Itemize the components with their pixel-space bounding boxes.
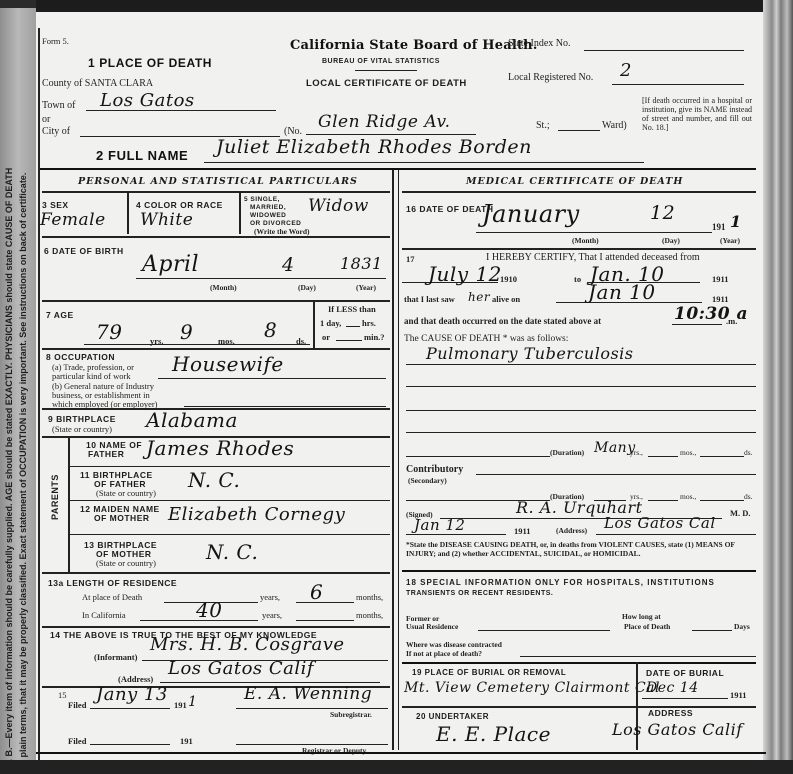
less-than-hrs: hrs. — [362, 318, 376, 328]
how-long-label-2: Place of Death — [624, 622, 670, 631]
pronoun-value: her — [468, 290, 490, 304]
parents-divider — [68, 436, 70, 540]
attended-from-value: July 12 — [428, 262, 502, 286]
row-rule-occupation — [42, 348, 390, 350]
father-label-2: FATHER — [88, 449, 124, 459]
filed-date-field[interactable] — [90, 708, 170, 709]
book-page-edges — [763, 0, 793, 774]
filed-year-prefix: 191 — [174, 700, 187, 710]
less-than-or: or — [322, 332, 330, 342]
dob-day-caption: (Day) — [298, 283, 316, 292]
dob-field[interactable] — [136, 278, 386, 279]
filed-2-year: 191 — [180, 736, 193, 746]
contrib-duration-days-field[interactable] — [700, 500, 744, 501]
signature-address-field[interactable] — [596, 534, 756, 535]
hospital-note: [If death occurred in a hospital or inst… — [642, 96, 752, 132]
informant-address-field[interactable] — [160, 682, 380, 683]
ward-field[interactable] — [558, 130, 600, 131]
filed-2-label: Filed — [68, 736, 86, 746]
cause-footnote: *State the DISEASE CAUSING DEATH, or, in… — [406, 540, 756, 558]
marital-label-2: MARRIED, — [250, 204, 286, 211]
ward-label: Ward) — [602, 120, 627, 131]
filed-label: Filed — [68, 700, 86, 710]
duration-label: (Duration) — [550, 448, 584, 457]
row-rule-mother-bp — [70, 534, 390, 535]
scan-top-edge — [36, 0, 766, 12]
duration-months-field[interactable] — [648, 456, 678, 457]
attended-to-year: 1911 — [712, 274, 729, 284]
age-months: 9 — [180, 320, 193, 344]
marital-label-4: OR DIVORCED — [250, 220, 301, 227]
undertaker-label: 20 UNDERTAKER — [416, 712, 489, 721]
age-years: 79 — [96, 320, 122, 344]
row-rule-mother — [70, 500, 390, 501]
row-rule-residence — [42, 572, 390, 574]
contributory-label: Contributory — [406, 464, 463, 475]
local-registered-field[interactable] — [612, 84, 744, 85]
death-occurred-text: and that death occurred on the date stat… — [404, 316, 601, 326]
residence-place-years-caption: years, — [260, 592, 280, 602]
undertaker-address-label: ADDRESS — [648, 708, 693, 718]
last-saw-text: that I last saw — [404, 294, 455, 304]
row-rule-undertaker — [402, 706, 756, 708]
how-long-label-1: How long at — [622, 612, 661, 621]
center-divider — [392, 170, 394, 750]
age-less-divider — [313, 302, 315, 348]
former-residence-label-2: Usual Residence — [406, 622, 458, 631]
residence-ca-months-caption: months, — [356, 610, 383, 620]
local-registered-label: Local Registered No. — [508, 72, 593, 83]
burial-date-label: DATE OF BURIAL — [646, 668, 724, 678]
row-rule-age — [42, 300, 390, 302]
or-label: or — [42, 114, 50, 125]
date-of-death-day: 12 — [650, 202, 675, 224]
subregistrar-value: E. A. Wenning — [244, 684, 372, 704]
less-than-min-field[interactable] — [336, 340, 362, 341]
full-name-field[interactable] — [204, 162, 644, 163]
medical-heading-rule — [402, 191, 756, 193]
color-race-value: White — [140, 210, 193, 230]
town-value: Los Gatos — [100, 90, 195, 111]
disease-contracted-label-2: If not at place of death? — [406, 649, 482, 658]
father-birthplace-value: N. C. — [188, 468, 240, 492]
mother-bp-label-3: (State or country) — [96, 558, 156, 568]
age-label: 7 AGE — [46, 310, 74, 320]
occupation-label: 8 OCCUPATION — [46, 352, 115, 362]
instruction-margin: N. B.—Every item of information should b… — [0, 8, 36, 760]
age-field[interactable] — [84, 344, 310, 345]
medical-certificate-heading: MEDICAL CERTIFICATE OF DEATH — [466, 176, 683, 187]
date-of-death-month: January — [482, 200, 580, 228]
marital-label-1: 5 SINGLE, — [244, 196, 280, 204]
father-bp-label-3: (State or country) — [96, 488, 156, 498]
filed-year-suffix: 1 — [188, 694, 197, 710]
residence-ca-months-field[interactable] — [296, 620, 354, 621]
dob-month-caption: (Month) — [210, 283, 237, 292]
row-rule-father-bp — [70, 466, 390, 467]
undertaker-value: E. E. Place — [436, 722, 551, 746]
dod-month-caption: (Month) — [572, 236, 599, 245]
disease-contracted-label-1: Where was disease contracted — [406, 640, 502, 649]
state-index-field[interactable] — [584, 50, 744, 51]
cause-line-3[interactable] — [406, 410, 756, 411]
residence-place-label: At place of Death — [82, 592, 142, 602]
occupation-a-field[interactable] — [158, 378, 386, 379]
contributory-field[interactable] — [476, 474, 756, 475]
duration-mos-caption: mos., — [680, 448, 696, 457]
title-rule — [355, 70, 417, 71]
row-rule-dob — [42, 236, 390, 238]
signature-address-label: (Address) — [556, 526, 587, 535]
cause-line-2[interactable] — [406, 386, 756, 387]
city-label: City of — [42, 126, 70, 137]
mother-birthplace-value: N. C. — [206, 540, 258, 564]
personal-heading-rule — [42, 191, 390, 193]
date-of-death-field[interactable] — [476, 232, 712, 233]
dob-day: 4 — [282, 254, 295, 276]
time-of-death-field[interactable] — [672, 324, 722, 325]
form-bottom-border — [36, 752, 766, 754]
less-than-label: If LESS than — [328, 304, 376, 314]
age-days: 8 — [264, 318, 277, 342]
birthplace-value: Alabama — [146, 408, 238, 432]
informant-address-value: Los Gatos Calif — [168, 658, 314, 679]
mother-label-2: OF MOTHER — [94, 513, 150, 523]
form-number: Form 5. — [42, 36, 69, 46]
md-label: M. D. — [730, 508, 751, 518]
sex-value: Female — [40, 210, 106, 230]
town-label: Town of — [42, 100, 75, 111]
burial-place-label: 19 PLACE OF BURIAL OR REMOVAL — [412, 668, 566, 677]
duration-yrs-caption: yrs., — [630, 448, 643, 457]
cause-line-1[interactable] — [406, 364, 756, 365]
marital-label-5: (Write the Word) — [254, 227, 310, 236]
form-left-border — [38, 28, 40, 762]
burial-date-field[interactable] — [642, 698, 728, 699]
signed-date-value: Jan 12 — [414, 516, 465, 534]
residence-ca-label: In California — [82, 610, 126, 620]
certify-item-number: 17 — [406, 254, 415, 264]
alive-on-text: alive on — [492, 294, 520, 304]
age-yrs-caption: yrs. — [150, 336, 163, 346]
place-of-death-heading: 1 PLACE OF DEATH — [88, 56, 212, 70]
date-of-death-year-suffix: 1 — [730, 212, 742, 231]
sex-color-divider — [127, 192, 129, 234]
cause-duration-lead — [406, 456, 550, 457]
filed-item-number: 15 — [58, 690, 67, 700]
residence-ca-years: 40 — [196, 598, 222, 622]
scanned-document: N. B.—Every item of information should b… — [0, 0, 793, 774]
sex-label: 3 SEX — [42, 200, 69, 210]
contrib-duration-months-field[interactable] — [648, 500, 678, 501]
street-value: Glen Ridge Av. — [318, 112, 450, 132]
local-registered-value: 2 — [620, 60, 632, 81]
disease-contracted-field[interactable] — [520, 656, 756, 657]
mother-maiden-name-value: Elizabeth Cornegy — [168, 504, 345, 525]
cause-of-death-value: Pulmonary Tuberculosis — [426, 344, 634, 363]
residence-place-months-caption: months, — [356, 592, 383, 602]
dod-year-caption: (Year) — [720, 236, 740, 245]
row-rule-burial — [402, 662, 756, 664]
attended-from-year: 1910 — [500, 274, 517, 284]
parents-label: PARENTS — [50, 474, 60, 520]
cause-line-4[interactable] — [406, 432, 756, 433]
undertaker-address-value: Los Gatos Calif — [612, 720, 743, 739]
full-name-value: Juliet Elizabeth Rhodes Borden — [216, 136, 532, 158]
subregistrar-field[interactable] — [236, 708, 388, 709]
last-saw-year: 1911 — [712, 294, 729, 304]
row-rule-special — [402, 570, 756, 572]
birthplace-sub-label: (State or country) — [52, 424, 112, 434]
duration-ds-caption: ds. — [744, 448, 753, 457]
special-info-label: 18 SPECIAL INFORMATION ONLY FOR HOSPITAL… — [406, 578, 715, 587]
residence-place-months: 6 — [310, 580, 323, 604]
residence-ca-years-caption: years, — [262, 610, 282, 620]
registrar-field[interactable] — [236, 744, 388, 745]
certificate-title: LOCAL CERTIFICATE OF DEATH — [306, 78, 467, 89]
informant-label: (Informant) — [94, 652, 137, 662]
secondary-label: (Secondary) — [408, 476, 447, 485]
former-residence-field[interactable] — [478, 630, 610, 631]
row-rule-certify — [402, 248, 756, 250]
burial-date-value: Dec 14 — [646, 680, 699, 696]
birthplace-label: 9 BIRTHPLACE — [48, 414, 116, 424]
days-label: Days — [734, 622, 750, 631]
duration-days-field[interactable] — [700, 456, 744, 457]
board-title: California State Board of Health. — [290, 38, 538, 53]
dod-day-caption: (Day) — [662, 236, 680, 245]
occupation-value: Housewife — [172, 352, 284, 376]
how-long-field[interactable] — [692, 630, 732, 631]
burial-year: 1911 — [730, 690, 747, 700]
signed-year: 1911 — [514, 526, 531, 536]
county-label: County of SANTA CLARA — [42, 78, 153, 89]
informant-address-label: (Address) — [118, 674, 153, 684]
occupation-b-field[interactable] — [184, 406, 386, 407]
residence-place-months-field[interactable] — [296, 602, 354, 603]
state-index-label: State Index No. — [508, 38, 571, 49]
last-saw-date-value: Jan 10 — [588, 280, 656, 304]
date-of-death-year-prefix: 191 — [712, 222, 726, 232]
personal-particulars-heading: PERSONAL AND STATISTICAL PARTICULARS — [78, 176, 358, 187]
dob-year-caption: (Year) — [356, 283, 376, 292]
residence-label: 13a LENGTH OF RESIDENCE — [48, 578, 177, 588]
age-mos-caption: mos. — [218, 336, 235, 346]
row-rule-informant — [42, 626, 390, 628]
less-than-day: 1 day, — [320, 318, 341, 328]
dob-month: April — [142, 252, 199, 277]
less-than-min: min.? — [364, 332, 385, 342]
street-field[interactable] — [306, 134, 476, 135]
informant-value: Mrs. H. B. Cosgrave — [150, 634, 345, 655]
filed-2-date-field[interactable] — [90, 744, 170, 745]
cause-of-death-label: The CAUSE OF DEATH * was as follows: — [404, 334, 568, 344]
margin-instruction-line-1: N. B.—Every item of information should b… — [4, 168, 14, 768]
signed-date-field[interactable] — [406, 534, 506, 535]
date-of-death-label: 16 DATE OF DEATH — [406, 204, 494, 214]
marital-value: Widow — [308, 196, 369, 216]
burial-place-value: Mt. View Cemetery Clairmont Cal — [404, 680, 660, 696]
dob-year: 1831 — [340, 254, 383, 273]
age-ds-caption: ds. — [296, 336, 306, 346]
contrib-duration-mos-caption: mos., — [680, 492, 696, 501]
st-label: St.; — [536, 120, 550, 131]
full-name-label: 2 FULL NAME — [96, 148, 188, 163]
occupation-a2-label: particular kind of work — [52, 371, 131, 381]
signature-address-value: Los Gatos Cal — [604, 514, 716, 532]
to-label: to — [574, 274, 581, 284]
dob-label: 6 DATE OF BIRTH — [44, 246, 124, 256]
margin-instruction-line-2: in plain terms, that it may be properly … — [18, 173, 28, 768]
marital-label-3: WIDOWED — [250, 212, 286, 219]
scan-bottom-edge — [0, 760, 793, 774]
less-than-hrs-field[interactable] — [346, 326, 360, 327]
parents-divider-lower — [68, 534, 70, 572]
contrib-duration-ds-caption: ds. — [744, 492, 753, 501]
special-info-label-2: TRANSIENTS OR RECENT RESIDENTS. — [406, 590, 553, 597]
am-pm-label: .m. — [726, 316, 737, 326]
filed-date-value: Jany 13 — [96, 684, 168, 705]
father-name-value: James Rhodes — [146, 436, 294, 460]
color-race-label: 4 COLOR OR RACE — [136, 200, 223, 210]
color-marital-divider — [239, 192, 241, 234]
bureau-name: BUREAU OF VITAL STATISTICS — [322, 58, 440, 65]
center-divider-inner — [398, 170, 399, 750]
subregistrar-label: Subregistrar. — [330, 710, 372, 719]
